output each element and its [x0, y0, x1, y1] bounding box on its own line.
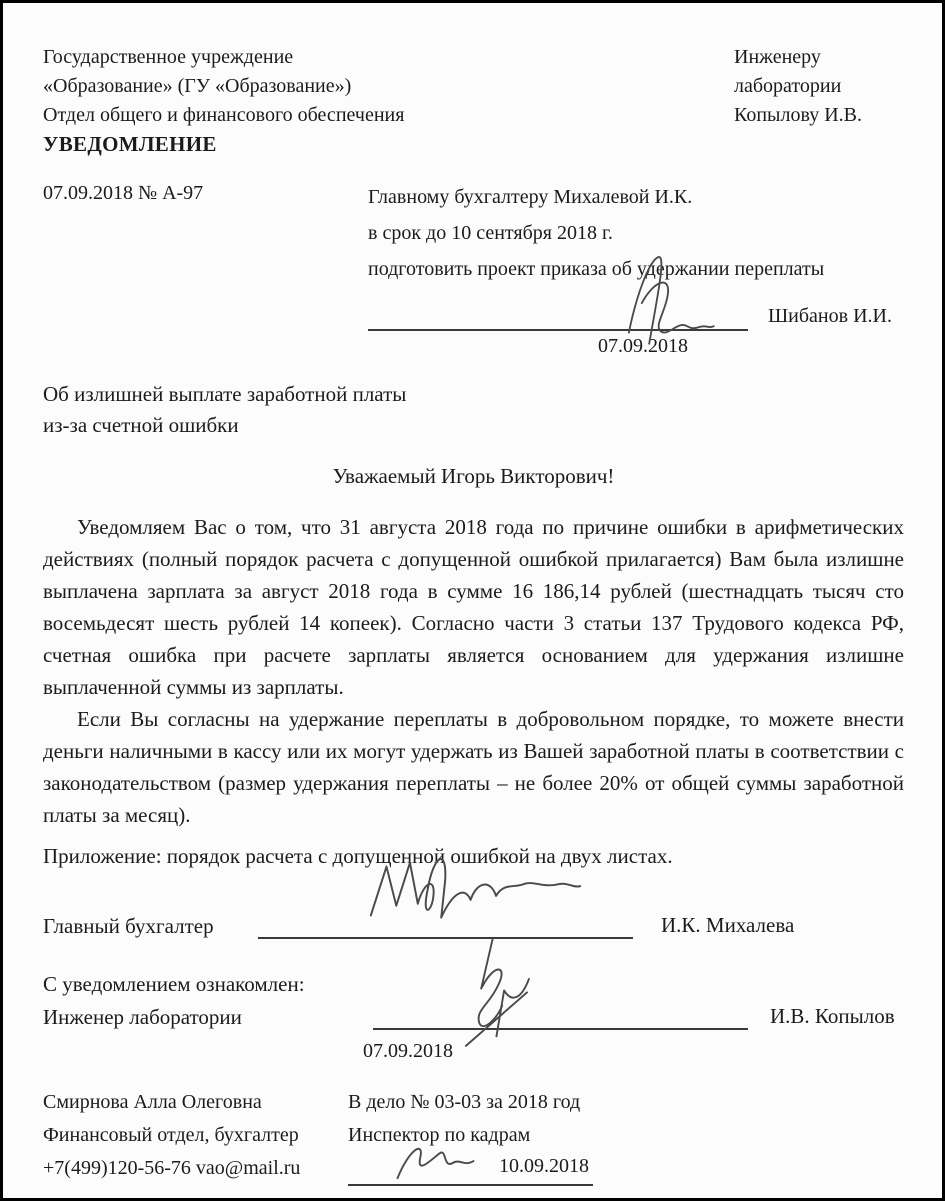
- organization-block: Государственное учреждение «Образование»…: [43, 43, 404, 159]
- signature-shibanov-handwritten: [603, 246, 723, 351]
- body-paragraph-2: Если Вы согласны на удержание переплаты …: [43, 703, 904, 831]
- resolution-block: Главному бухгалтеру Михалевой И.К. в сро…: [368, 179, 904, 359]
- filing-case-line: В дело № 03-03 за 2018 год: [348, 1086, 904, 1119]
- signature-kopylov-handwritten: [443, 933, 548, 1048]
- organization-line: «Образование» (ГУ «Образование»): [43, 72, 404, 101]
- resolution-signature-row: Шибанов И.И.: [368, 289, 904, 331]
- addressee-line: Инженеру: [734, 43, 904, 72]
- body-paragraph-1: Уведомляем Вас о том, что 31 августа 201…: [43, 511, 904, 703]
- executor-name: Смирнова Алла Олеговна: [43, 1086, 348, 1119]
- signature-inspector-handwritten: [388, 1134, 483, 1192]
- engineer-signature-row: Инженер лаборатории И.В. Копылов: [43, 1003, 904, 1030]
- document-type-title: УВЕДОМЛЕНИЕ: [43, 130, 404, 159]
- engineer-title: Инженер лаборатории: [43, 1004, 373, 1030]
- filing-block: В дело № 03-03 за 2018 год Инспектор по …: [348, 1086, 904, 1186]
- addressee-block: Инженеру лаборатории Копылову И.В.: [734, 43, 904, 159]
- resolution-signature-line: [368, 289, 748, 331]
- resolution-line: Главному бухгалтеру Михалевой И.К.: [368, 179, 904, 215]
- subject-line: из-за счетной ошибки: [43, 410, 904, 441]
- document-date-number: 07.09.2018 № А-97: [43, 179, 368, 359]
- subject-line: Об излишней выплате заработной платы: [43, 379, 904, 410]
- document-footer: Смирнова Алла Олеговна Финансовый отдел,…: [43, 1086, 904, 1186]
- executor-department: Финансовый отдел, бухгалтер: [43, 1119, 348, 1152]
- organization-line: Отдел общего и финансового обеспечения: [43, 101, 404, 130]
- document-header: Государственное учреждение «Образование»…: [43, 43, 904, 159]
- executor-contacts: +7(499)120-56-76 vao@mail.ru: [43, 1152, 348, 1185]
- addressee-line: Копылову И.В.: [734, 101, 904, 130]
- signature-mikhaleva-handwritten: [363, 843, 588, 941]
- filing-date: 10.09.2018: [499, 1150, 593, 1184]
- salutation: Уважаемый Игорь Викторович!: [43, 461, 904, 491]
- resolution-signer-name: Шибанов И.И.: [768, 303, 892, 331]
- accountant-name: И.К. Михалева: [661, 912, 794, 939]
- engineer-signature-line: [373, 1020, 748, 1030]
- accountant-title: Главный бухгалтер: [43, 913, 258, 939]
- engineer-name: И.В. Копылов: [770, 1003, 895, 1030]
- meta-row: 07.09.2018 № А-97 Главному бухгалтеру Ми…: [43, 179, 904, 359]
- filing-signature-line: 10.09.2018: [348, 1158, 593, 1186]
- subject-block: Об излишней выплате заработной платы из-…: [43, 379, 904, 441]
- addressee-line: лаборатории: [734, 72, 904, 101]
- notification-document: Государственное учреждение «Образование»…: [3, 3, 942, 1186]
- organization-line: Государственное учреждение: [43, 43, 404, 72]
- executor-block: Смирнова Алла Олеговна Финансовый отдел,…: [43, 1086, 348, 1186]
